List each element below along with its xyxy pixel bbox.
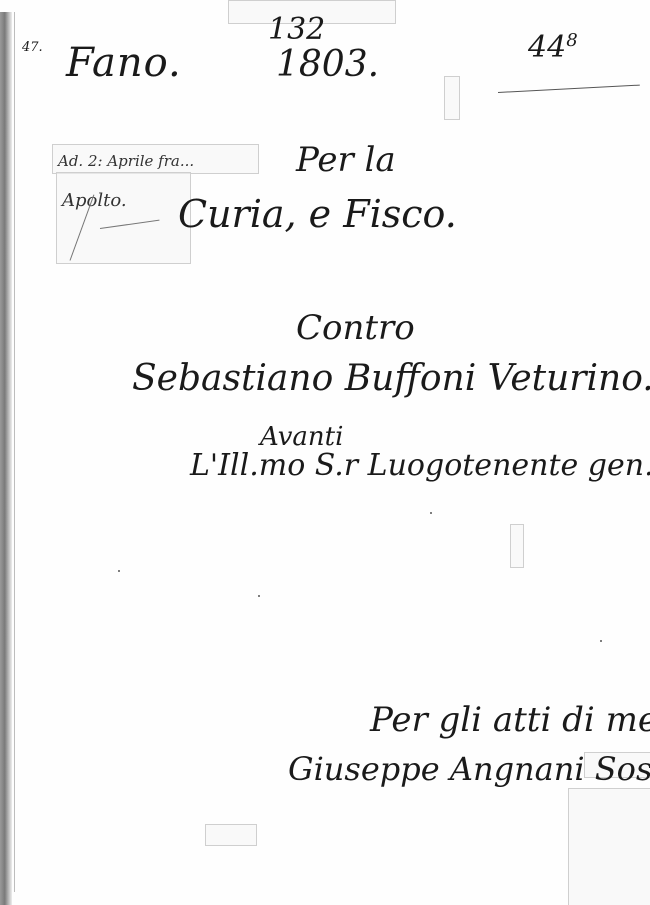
ink-speck [118, 570, 120, 572]
ink-speck [430, 512, 432, 514]
folio-mark: 47. [22, 40, 43, 55]
tape-patch-bottom [205, 824, 257, 846]
tape-patch-small [444, 76, 460, 120]
defendant-name: Sebastiano Buffoni Veturino. [132, 358, 650, 399]
catalog-number-main: 44 [528, 30, 566, 65]
place-name: Fano. [66, 40, 182, 86]
attestation-line1: Per gli atti di me [370, 700, 650, 740]
margin-note-line1: Ad. 2: Aprile fra... [58, 152, 194, 170]
catalog-underline [498, 85, 640, 93]
binding-spine [0, 12, 12, 905]
year: 1803. [276, 44, 379, 85]
catalog-number: 448 [528, 30, 578, 65]
heading-line1: Per la [296, 140, 396, 180]
page-edge-line [14, 12, 15, 892]
ink-speck [258, 595, 260, 597]
heading-line2: Curia, e Fisco. [178, 192, 457, 236]
authority-name: L'Ill.mo S.r Luogotenente gen.le [190, 448, 650, 483]
catalog-number-sup: 8 [566, 30, 577, 51]
margin-note-line2: Apolto. [62, 190, 127, 211]
against-label: Contro [296, 308, 415, 348]
ink-speck [600, 640, 602, 642]
file-number: 132 [268, 12, 325, 47]
tape-patch-mid [510, 524, 524, 568]
margin-note-box-lower [56, 172, 191, 264]
manuscript-page: 47. Fano. 132 1803. 448 Ad. 2: Aprile fr… [0, 0, 650, 905]
corner-patch [568, 788, 650, 905]
notary-signature: Giuseppe Angnani Sos.to Crim.le [288, 750, 650, 788]
